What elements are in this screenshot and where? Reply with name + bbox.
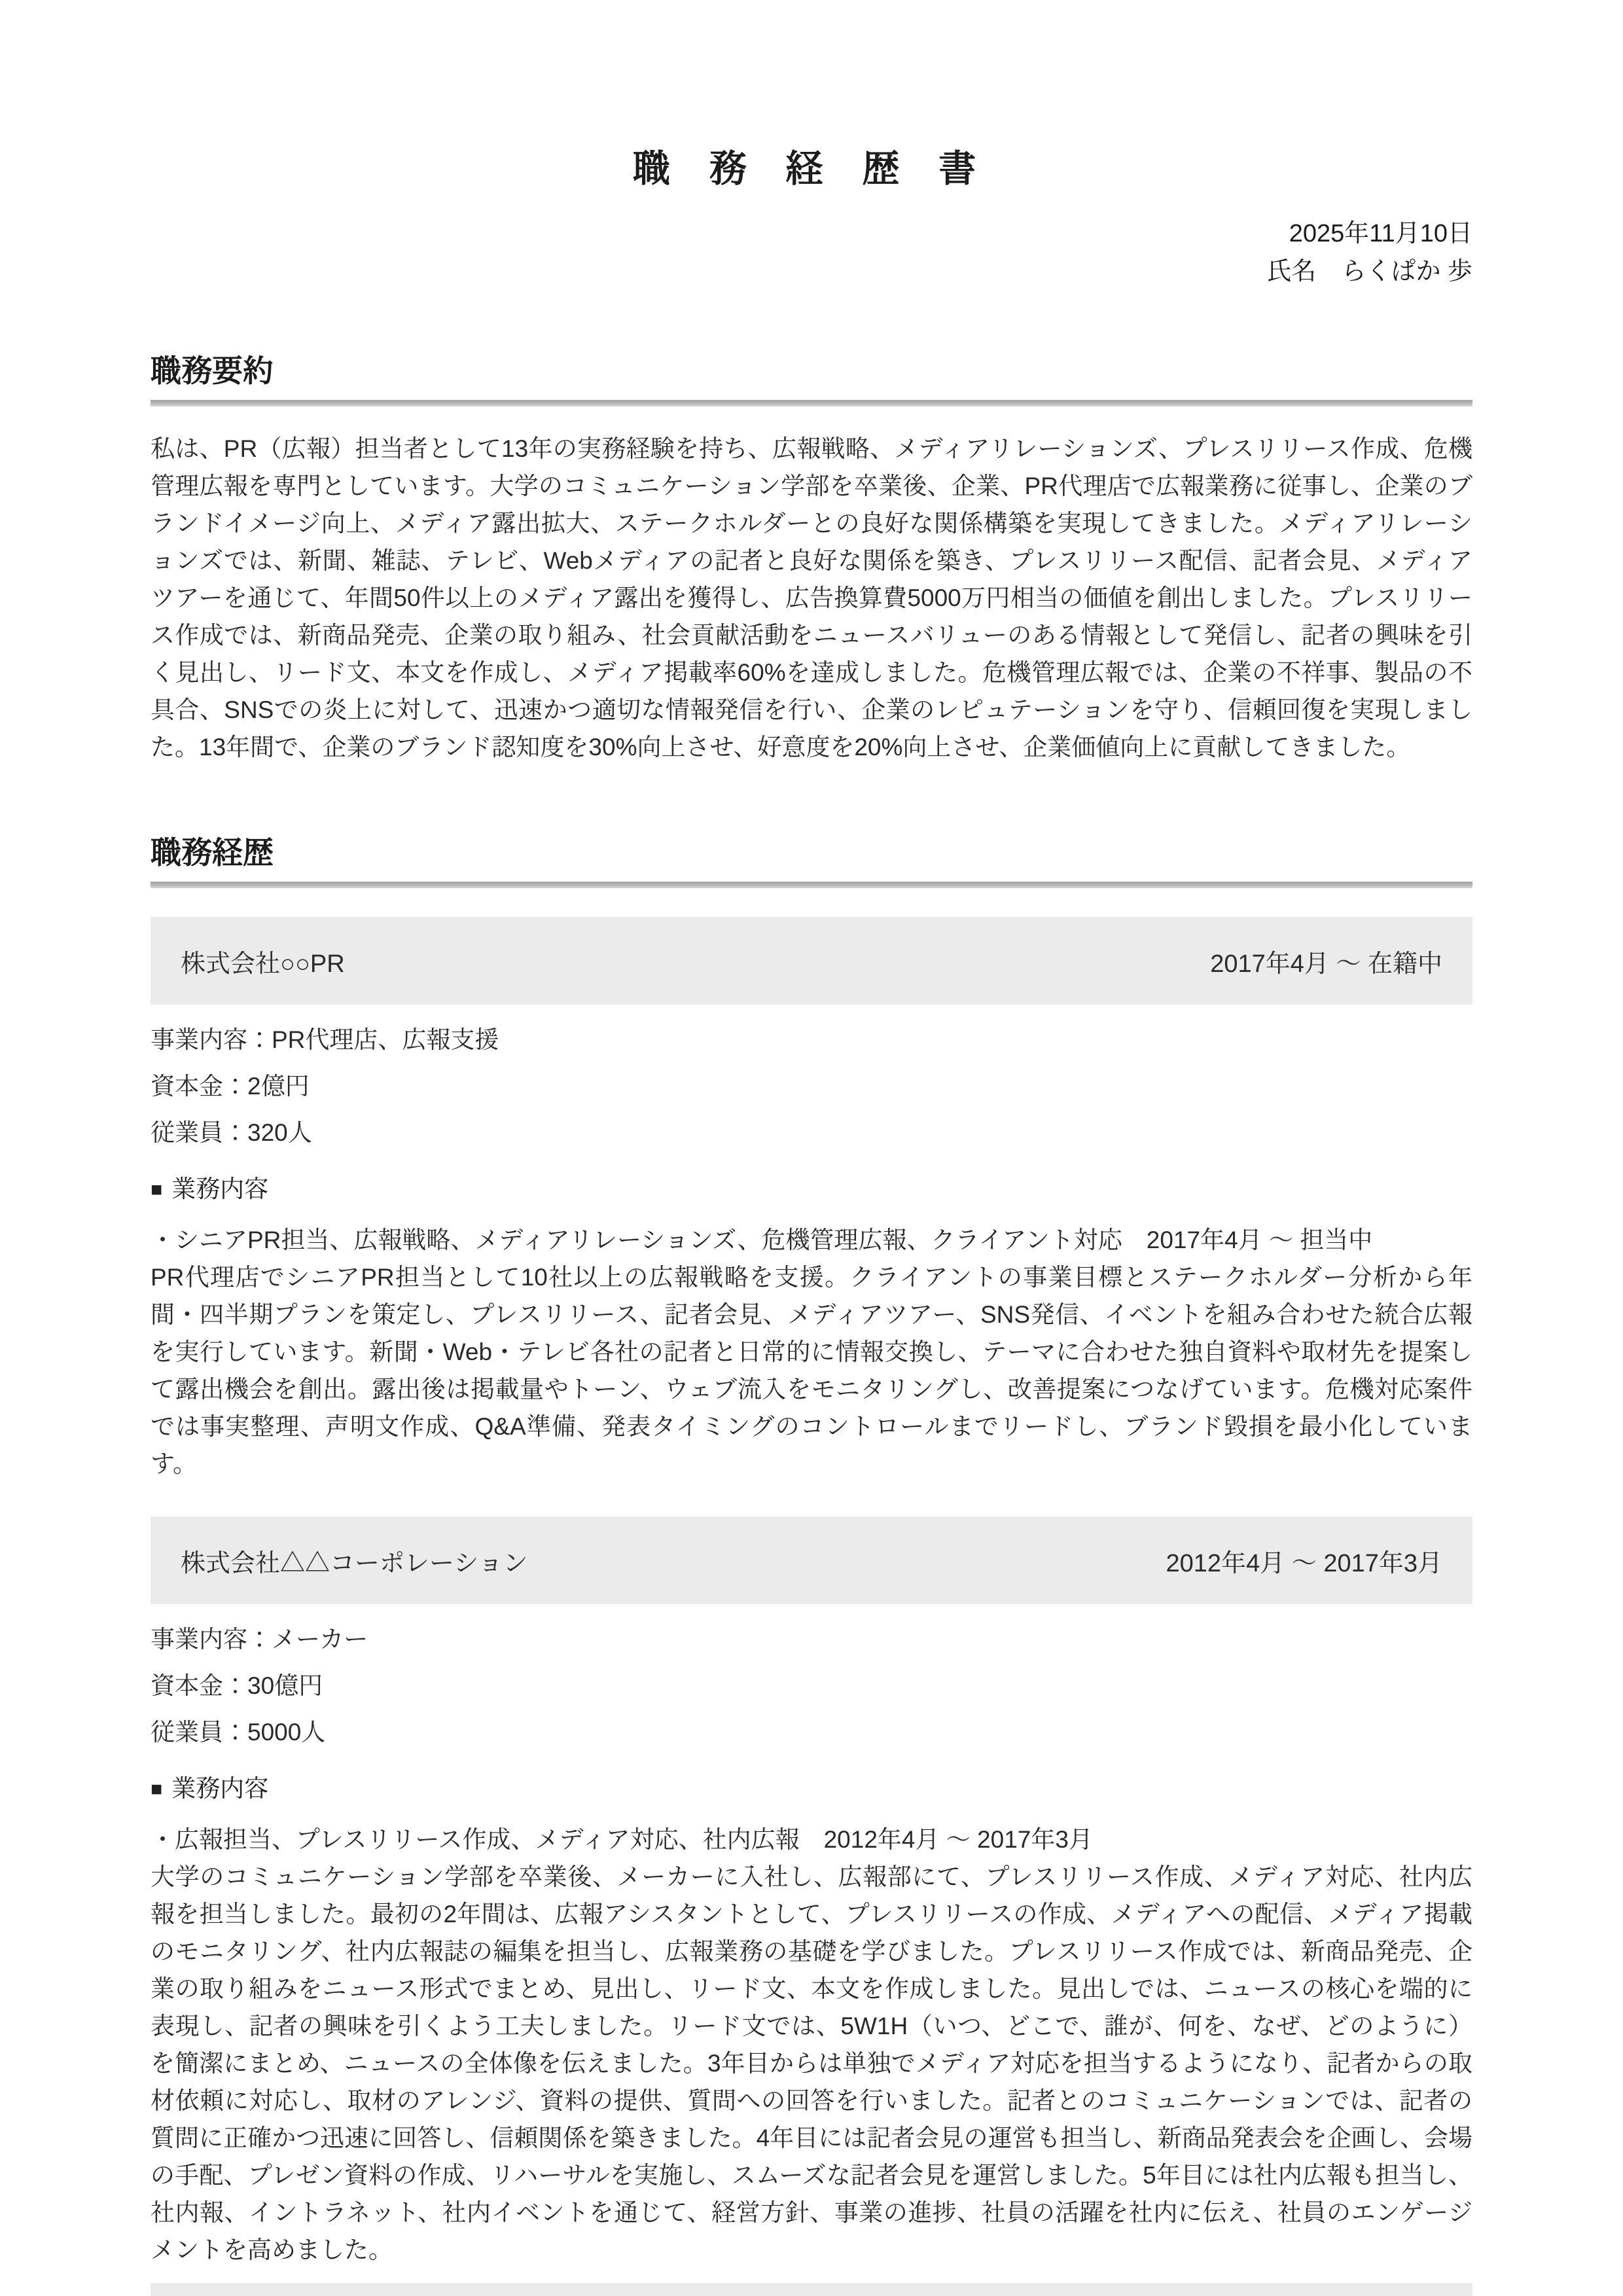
company-role-line: ・広報担当、プレスリリース作成、メディア対応、社内広報 2012年4月 ～ 20… <box>151 1821 1472 1858</box>
company-period: 2012年4月 ～ 2017年3月 <box>1166 1543 1442 1579</box>
section-divider <box>151 882 1472 888</box>
company-business: 事業内容：PR代理店、広報支援 <box>151 1026 1472 1054</box>
company-role-line: ・シニアPR担当、広報戦略、メディアリレーションズ、危機管理広報、クライアント対… <box>151 1221 1472 1259</box>
company-employees: 従業員：320人 <box>151 1119 1472 1147</box>
summary-section-heading: 職務要約 <box>151 347 1472 391</box>
company-description: 大学のコミュニケーション学部を卒業後、メーカーに入社し、広報部にて、プレスリリー… <box>151 1858 1472 2269</box>
company-header-1: 株式会社○○PR 2017年4月 ～ 在籍中 <box>151 917 1472 1005</box>
square-bullet-icon: ■ <box>151 1778 162 1800</box>
company-business: 事業内容：メーカー <box>151 1625 1472 1654</box>
next-company-box-partial <box>151 2283 1472 2296</box>
duties-heading-1: ■業務内容 <box>151 1175 1472 1204</box>
company-name: 株式会社△△コーポレーション <box>181 1543 527 1579</box>
company-header-2: 株式会社△△コーポレーション 2012年4月 ～ 2017年3月 <box>151 1516 1472 1604</box>
duties-heading-label: 業務内容 <box>171 1175 268 1202</box>
company-name: 株式会社○○PR <box>181 943 345 979</box>
square-bullet-icon: ■ <box>151 1179 162 1200</box>
company-employees: 従業員：5000人 <box>151 1718 1472 1747</box>
document-meta: 2025年11月10日 氏名 らくぱか 歩 <box>151 215 1472 291</box>
company-description: PR代理店でシニアPR担当として10社以上の広報戦略を支援。クライアントの事業目… <box>151 1259 1472 1482</box>
section-divider <box>151 400 1472 406</box>
resume-page: 職 務 経 歴 書 2025年11月10日 氏名 らくぱか 歩 職務要約 私は、… <box>0 0 1623 2296</box>
company-capital: 資本金：30億円 <box>151 1672 1472 1700</box>
company-period: 2017年4月 ～ 在籍中 <box>1210 943 1442 979</box>
duties-heading-2: ■業務内容 <box>151 1774 1472 1804</box>
duties-heading-label: 業務内容 <box>171 1775 268 1802</box>
company-capital: 資本金：2億円 <box>151 1072 1472 1101</box>
applicant-name: 氏名 らくぱか 歩 <box>151 253 1472 291</box>
page-title: 職 務 経 歴 書 <box>151 139 1472 192</box>
document-date: 2025年11月10日 <box>151 215 1472 253</box>
summary-paragraph: 私は、PR（広報）担当者として13年の実務経験を持ち、広報戦略、メディアリレーシ… <box>151 430 1472 766</box>
career-section-heading: 職務経歴 <box>151 829 1472 872</box>
